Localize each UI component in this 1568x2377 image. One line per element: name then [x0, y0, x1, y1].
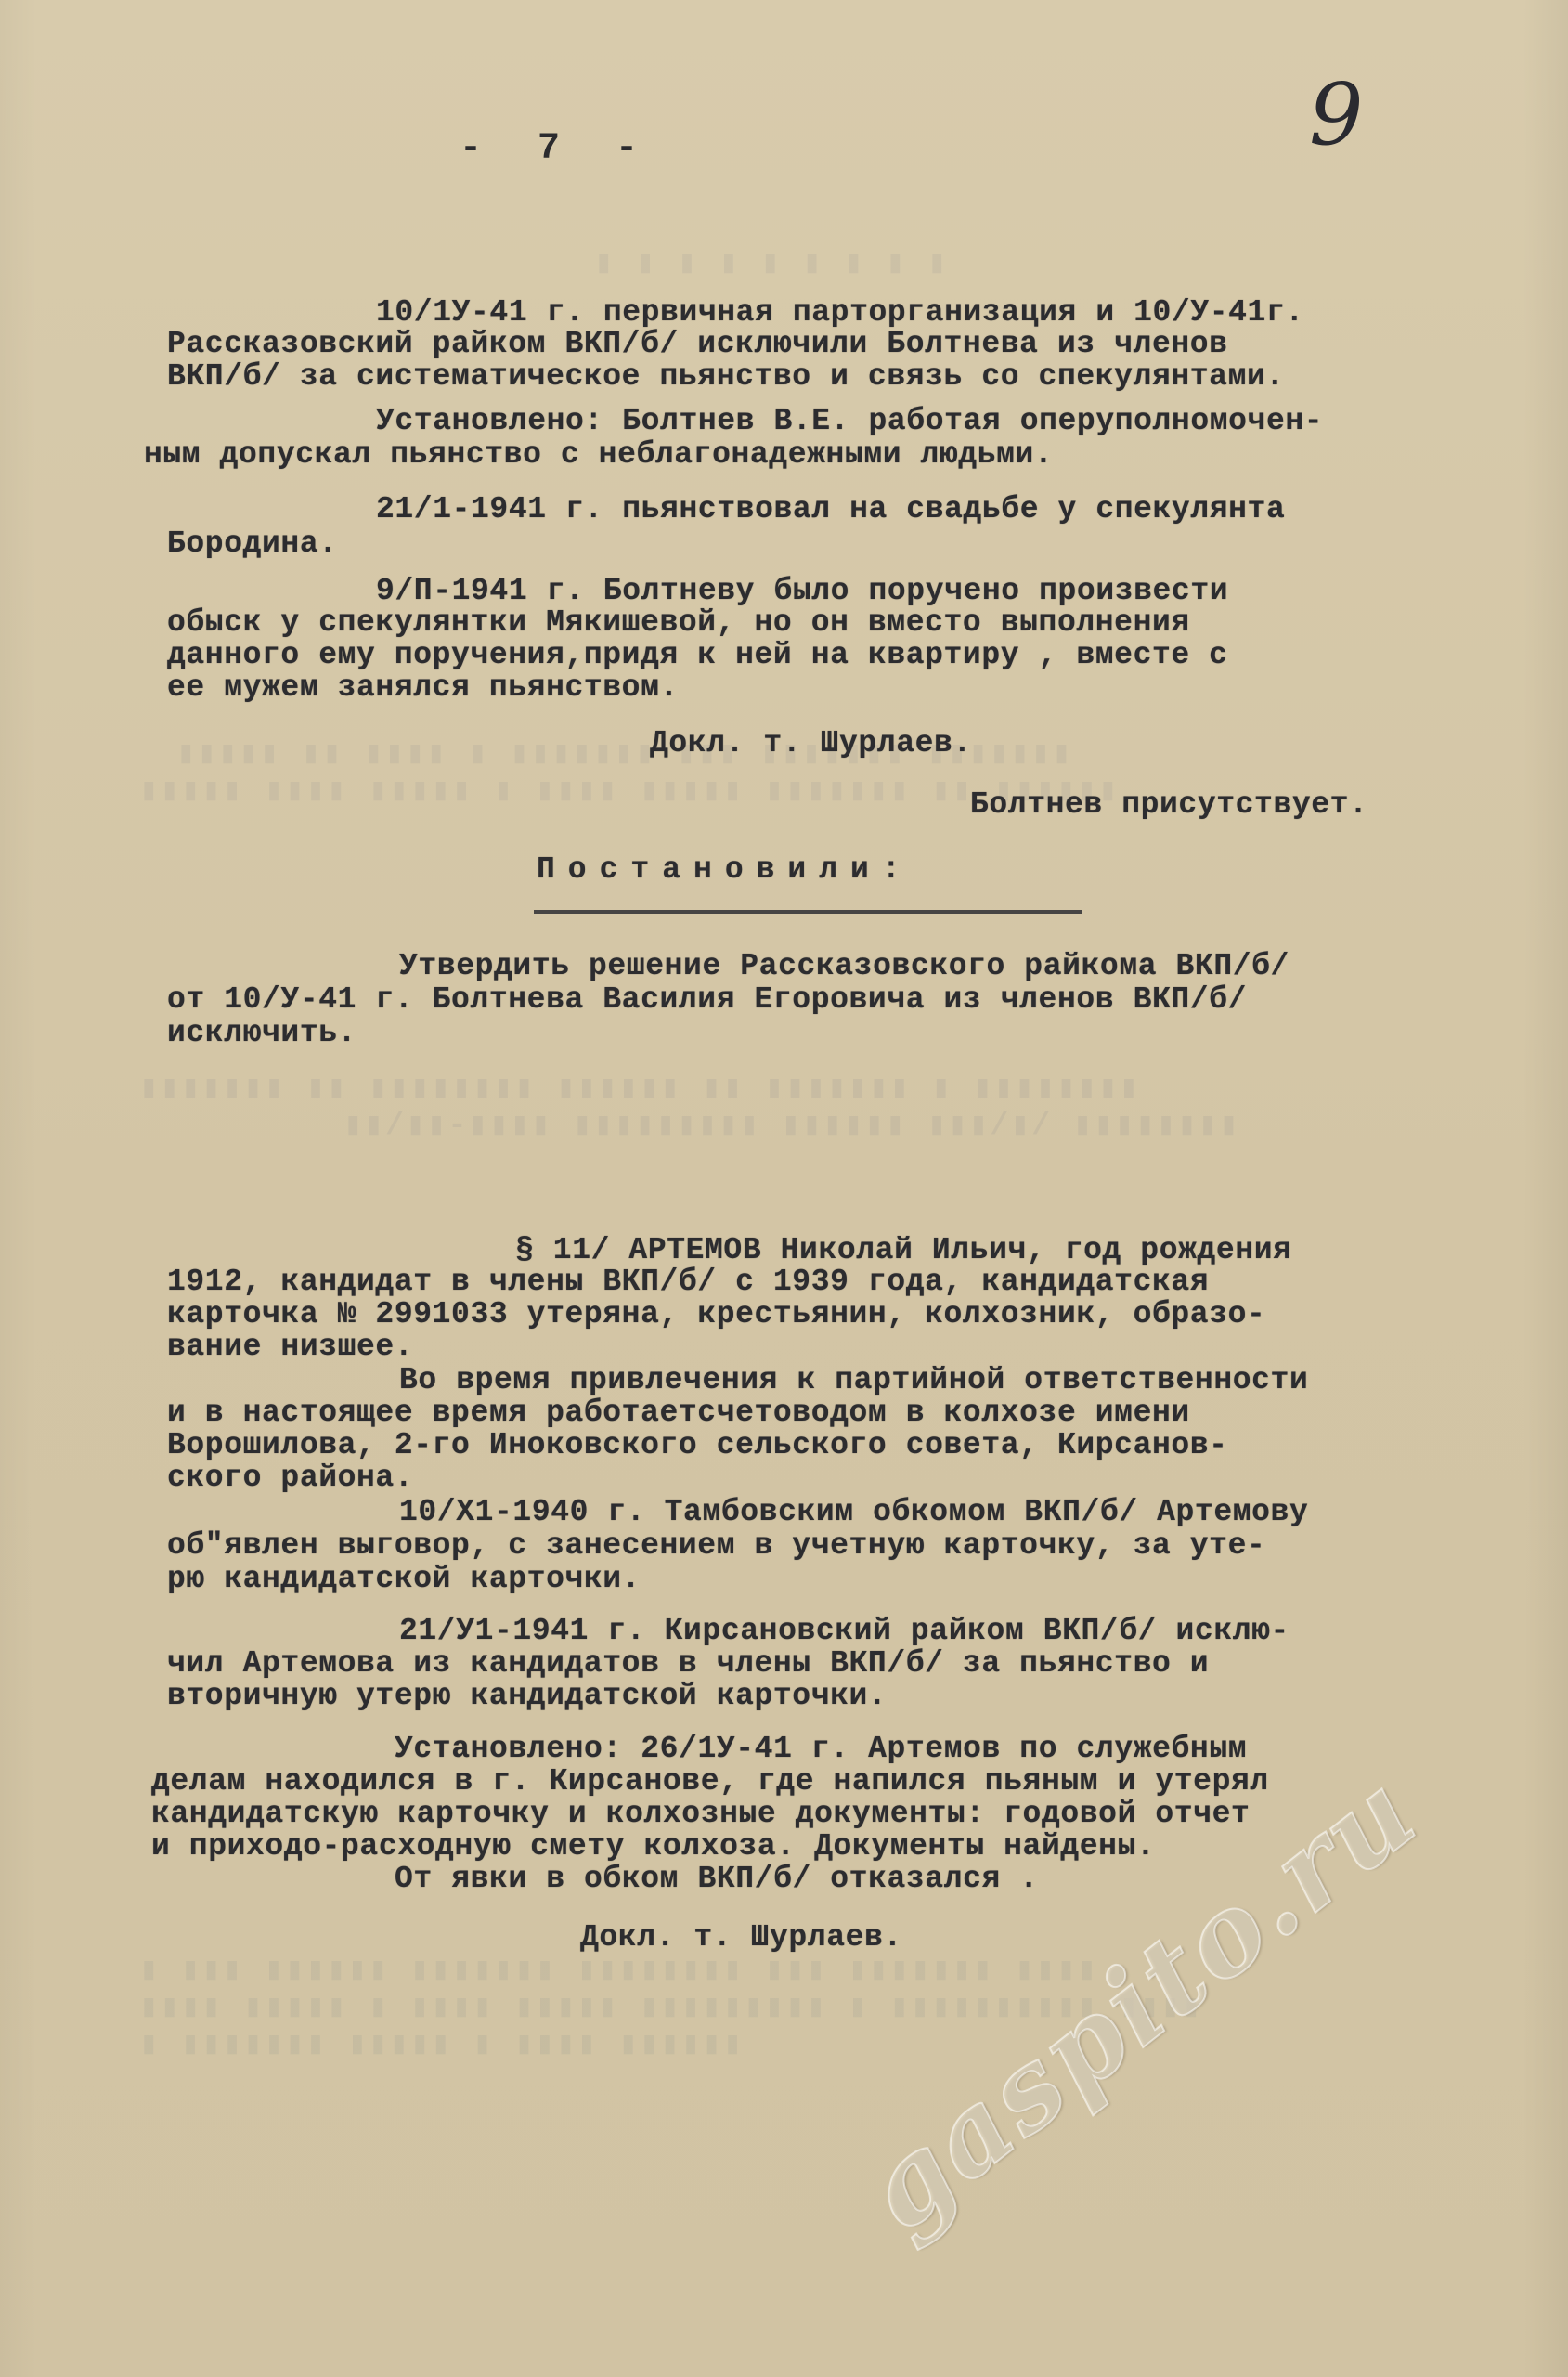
text-line: ным допускал пьянство с неблагонадежными…: [144, 437, 1053, 472]
text-line: ее мужем занялся пьянством.: [167, 670, 679, 705]
text-line: и приходо-расходную смету колхоза. Докум…: [151, 1829, 1155, 1864]
text-line: карточка № 2991033 утеряна, крестьянин, …: [167, 1297, 1265, 1331]
case-header-line: § 11/ АРТЕМОВ Николай Ильич, год рождени…: [515, 1233, 1292, 1267]
reporter-line: Докл. т. Шурлаев.: [580, 1920, 902, 1955]
text-line: Установлено: Болтнев В.Е. работая оперуп…: [376, 404, 1323, 438]
text-line: От явки в обком ВКП/б/ отказался .: [395, 1862, 1039, 1896]
text-line: чил Артемова из кандидатов в члены ВКП/б…: [167, 1646, 1209, 1681]
text-line: 10/Х1-1940 г. Тамбовским обкомом ВКП/б/ …: [399, 1495, 1308, 1529]
text-line: Во время привлечения к партийной ответст…: [399, 1363, 1308, 1397]
text-line: Ворошилова, 2-го Иноковского сельского с…: [167, 1428, 1228, 1462]
text-line: Утвердить решение Рассказовского райкома…: [399, 949, 1289, 983]
page-number: - 7 -: [460, 128, 654, 170]
bleed-through-text: ▮ ▮▮▮ ▮▮▮▮▮▮ ▮▮▮▮▮▮▮ ▮▮▮▮▮▮▮▮ ▮▮▮ ▮▮▮▮▮▮…: [139, 1950, 1098, 1989]
text-line: вторичную утерю кандидатской карточки.: [167, 1679, 887, 1713]
text-line: 21/У1-1941 г. Кирсановский райком ВКП/б/…: [399, 1614, 1289, 1648]
text-line: от 10/У-41 г. Болтнева Василия Егоровича…: [167, 982, 1247, 1017]
text-line: 10/1У-41 г. первичная парторганизация и …: [376, 295, 1304, 330]
text-line: 21/1-1941 г. пьянствовал на свадьбе у сп…: [376, 492, 1285, 526]
bleed-through-text: ▮ ▮ ▮ ▮ ▮ ▮ ▮ ▮ ▮: [594, 243, 948, 282]
text-line: 1912, кандидат в члены ВКП/б/ с 1939 год…: [167, 1265, 1209, 1299]
text-line: ского района.: [167, 1461, 413, 1495]
document-page: ▮ ▮ ▮ ▮ ▮ ▮ ▮ ▮ ▮ ▮▮▮▮▮ ▮▮ ▮▮▮▮ ▮ ▮▮▮▮▮▮…: [0, 0, 1568, 2377]
text-line: кандидатскую карточку и колхозные докуме…: [151, 1797, 1250, 1831]
folio-number: 9: [1309, 65, 1364, 164]
bleed-through-text: ▮▮/▮▮-▮▮▮▮ ▮▮▮▮▮▮▮▮▮ ▮▮▮▮▮▮ ▮▮▮/▮/ ▮▮▮▮▮…: [343, 1105, 1240, 1144]
bleed-through-text: ▮ ▮▮▮▮▮▮▮ ▮▮▮▮▮ ▮ ▮▮▮▮ ▮▮▮▮▮▮: [139, 2024, 744, 2063]
text-line: рю кандидатской карточки.: [167, 1562, 641, 1596]
text-line: Бородина.: [167, 526, 338, 561]
resolved-heading: Постановили:: [537, 852, 914, 887]
reporter-line: Докл. т. Шурлаев.: [650, 726, 972, 760]
text-line: и в настоящее время работаетсчетоводом в…: [167, 1396, 1190, 1430]
presence-line: Болтнев присутствует.: [970, 787, 1367, 822]
text-line: Установлено: 26/1У-41 г. Артемов по служ…: [395, 1732, 1247, 1766]
text-line: данного ему поручения,придя к ней на ква…: [167, 638, 1228, 672]
text-line: делам находился в г. Кирсанове, где напи…: [151, 1764, 1269, 1799]
text-line: исключить.: [167, 1016, 356, 1050]
bleed-through-text: ▮▮▮▮▮▮▮ ▮▮ ▮▮▮▮▮▮▮▮ ▮▮▮▮▮▮ ▮▮ ▮▮▮▮▮▮▮ ▮ …: [139, 1068, 1140, 1107]
text-line: Рассказовский райком ВКП/б/ исключили Бо…: [167, 327, 1228, 361]
text-line: вание низшее.: [167, 1330, 413, 1364]
heading-underline: [534, 910, 1082, 914]
text-line: 9/П-1941 г. Болтневу было поручено произ…: [376, 574, 1228, 608]
text-line: ВКП/б/ за систематическое пьянство и свя…: [167, 359, 1285, 394]
text-line: об"явлен выговор, с занесением в учетную…: [167, 1528, 1265, 1563]
text-line: обыск у спекулянтки Мякишевой, но он вме…: [167, 605, 1190, 640]
